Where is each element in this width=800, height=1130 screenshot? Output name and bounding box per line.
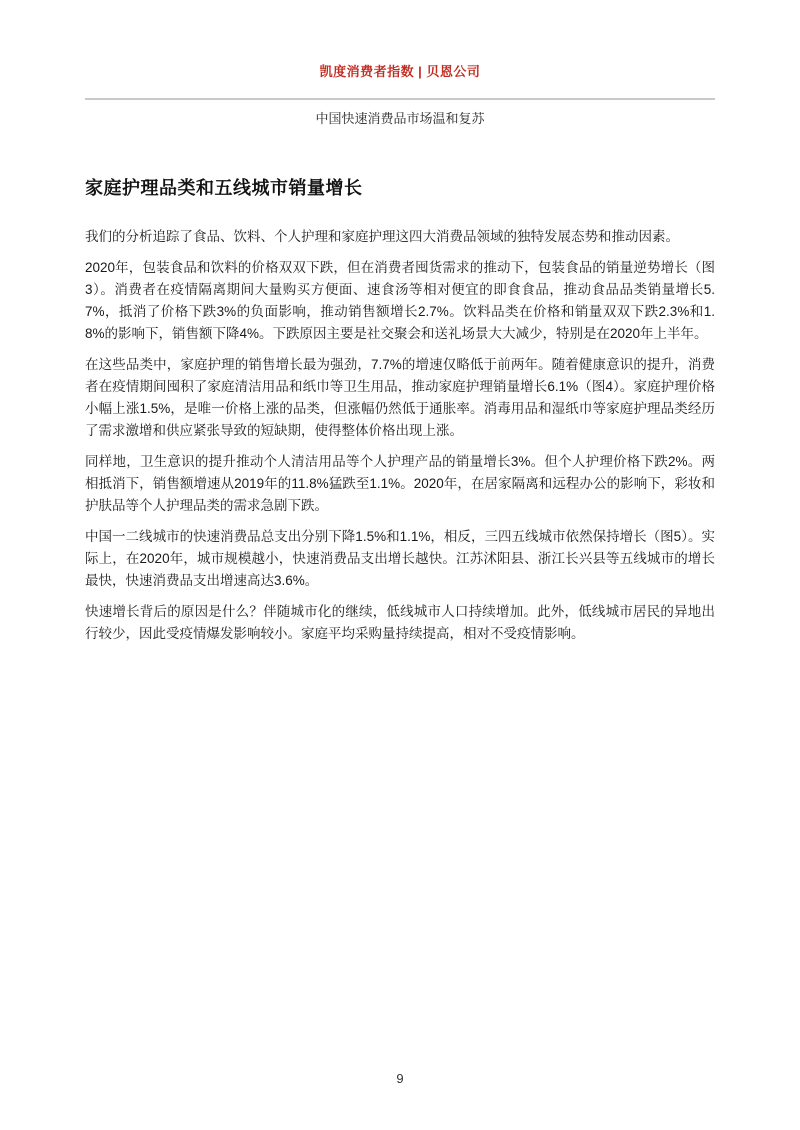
article-body: 家庭护理品类和五线城市销量增长 我们的分析追踪了食品、饮料、个人护理和家庭护理这…	[85, 178, 715, 645]
body-paragraph: 2020年，包装食品和饮料的价格双双下跌，但在消费者囤货需求的推动下，包装食品的…	[85, 257, 715, 345]
body-paragraph: 同样地，卫生意识的提升推动个人清洁用品等个人护理产品的销量增长3%。但个人护理价…	[85, 451, 715, 517]
header-divider	[85, 98, 715, 100]
header-brand: 凯度消费者指数 | 贝恩公司	[0, 64, 800, 80]
body-paragraph: 中国一二线城市的快速消费品总支出分别下降1.5%和1.1%，相反，三四五线城市依…	[85, 526, 715, 592]
paragraph-list: 我们的分析追踪了食品、饮料、个人护理和家庭护理这四大消费品领域的独特发展态势和推…	[85, 226, 715, 645]
page-header: 凯度消费者指数 | 贝恩公司 中国快速消费品市场温和复苏	[0, 0, 800, 126]
section-heading: 家庭护理品类和五线城市销量增长	[85, 178, 715, 198]
report-subtitle: 中国快速消费品市场温和复苏	[0, 112, 800, 126]
page-number: 9	[396, 1071, 403, 1086]
body-paragraph: 快速增长背后的原因是什么？伴随城市化的继续，低线城市人口持续增加。此外，低线城市…	[85, 601, 715, 645]
page-footer: 9	[0, 1070, 800, 1088]
document-page: 凯度消费者指数 | 贝恩公司 中国快速消费品市场温和复苏 家庭护理品类和五线城市…	[0, 0, 800, 1130]
body-paragraph: 在这些品类中，家庭护理的销售增长最为强劲，7.7%的增速仅略低于前两年。随着健康…	[85, 354, 715, 442]
body-paragraph: 我们的分析追踪了食品、饮料、个人护理和家庭护理这四大消费品领域的独特发展态势和推…	[85, 226, 715, 248]
